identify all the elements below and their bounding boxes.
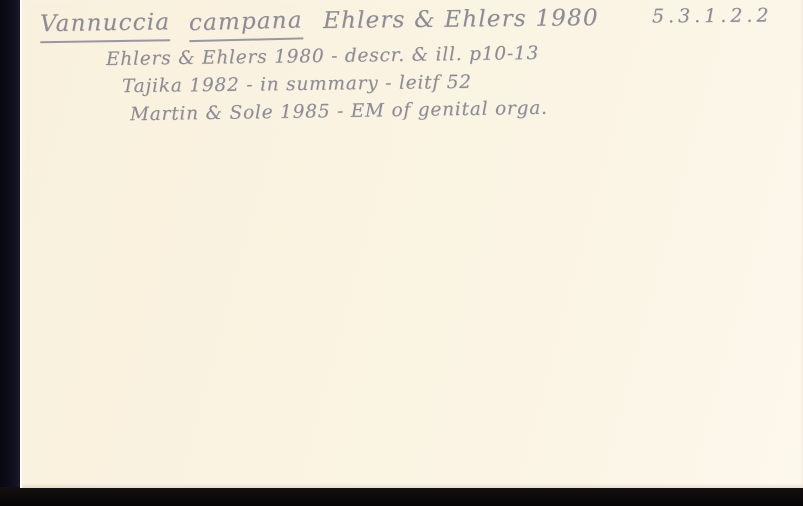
- taxon-authority: Ehlers & Ehlers 1980: [323, 5, 599, 34]
- card-heading: Vannuccia campana Ehlers & Ehlers 1980: [40, 5, 599, 43]
- scanner-backdrop-left: [0, 0, 20, 506]
- species-name: campana: [188, 7, 303, 42]
- genus-name: Vannuccia: [40, 9, 171, 43]
- reference-line: Ehlers & Ehlers 1980 - descr. & ill. p10…: [106, 43, 539, 70]
- scanner-backdrop-bottom: [0, 487, 803, 506]
- reference-line: Martin & Sole 1985 - EM of genital orga.: [130, 98, 548, 126]
- index-card: Vannuccia campana Ehlers & Ehlers 1980 5…: [20, 0, 803, 488]
- catalog-number: 5.3.1.2.2: [652, 4, 773, 27]
- reference-line: Tajika 1982 - in summary - leitf 52: [122, 72, 472, 97]
